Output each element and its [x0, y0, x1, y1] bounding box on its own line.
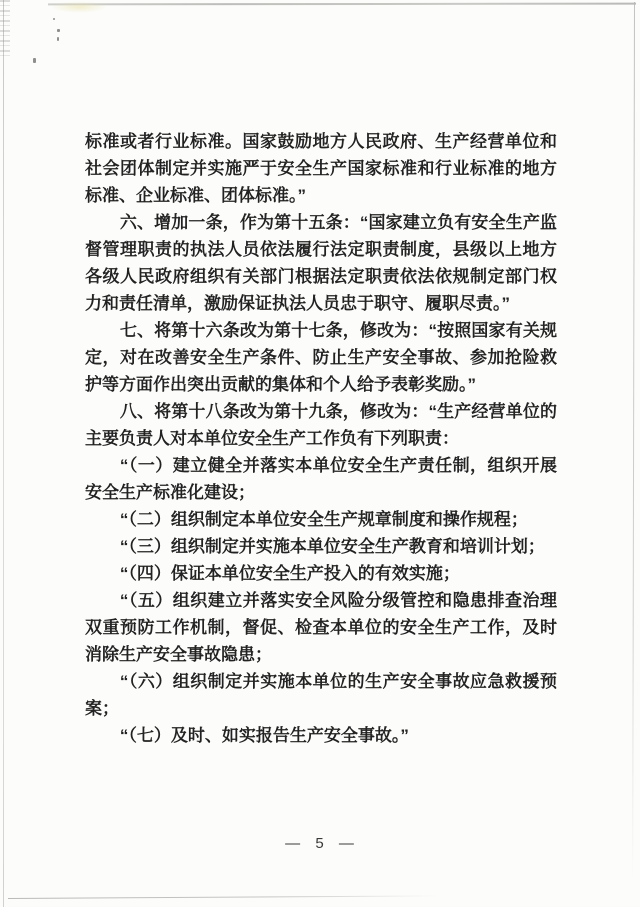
scan-corner-artifact	[0, 0, 10, 56]
page-number: — 5 —	[0, 835, 640, 852]
scanned-page: 标准或者行业标准。国家鼓励地方人民政府、生产经营单位和社会团体制定并实施严于安全…	[0, 0, 640, 907]
scan-speck	[53, 18, 55, 20]
body-paragraph: 六、增加一条，作为第十五条：“国家建立负有安全生产监督管理职责的执法人员依法履行…	[85, 209, 557, 317]
scan-smudge	[50, 1, 108, 13]
body-paragraph: “（二）组织制定本单位安全生产规章制度和操作规程；	[85, 506, 557, 533]
body-paragraph: 八、将第十八条改为第十九条，修改为：“生产经营单位的主要负责人对本单位安全生产工…	[85, 398, 557, 452]
scan-speck	[33, 58, 36, 63]
scan-edge-line-top	[48, 3, 636, 5]
scan-edge-line-right	[632, 2, 635, 882]
body-paragraph: 标准或者行业标准。国家鼓励地方人民政府、生产经营单位和社会团体制定并实施严于安全…	[85, 128, 557, 209]
body-paragraph: “（五）组织建立并落实安全风险分级管控和隐患排查治理双重预防工作机制，督促、检查…	[85, 587, 557, 668]
body-paragraph: “（六）组织制定并实施本单位的生产安全事故应急救援预案；	[85, 668, 557, 722]
scan-speck	[57, 29, 60, 32]
document-body: 标准或者行业标准。国家鼓励地方人民政府、生产经营单位和社会团体制定并实施严于安全…	[85, 128, 557, 749]
body-paragraph: “（一）建立健全并落实本单位安全生产责任制，组织开展安全生产标准化建设；	[85, 452, 557, 506]
scan-edge-line-bottom	[8, 895, 440, 899]
body-paragraph: 七、将第十六条改为第十七条，修改为：“按照国家有关规定，对在改善安全生产条件、防…	[85, 317, 557, 398]
body-paragraph: “（四）保证本单位安全生产投入的有效实施；	[85, 560, 557, 587]
body-paragraph: “（七）及时、如实报告生产安全事故。”	[85, 722, 557, 749]
body-paragraph: “（三）组织制定并实施本单位安全生产教育和培训计划；	[85, 533, 557, 560]
scan-speck	[57, 37, 59, 41]
scan-edge-line-left	[3, 0, 4, 907]
